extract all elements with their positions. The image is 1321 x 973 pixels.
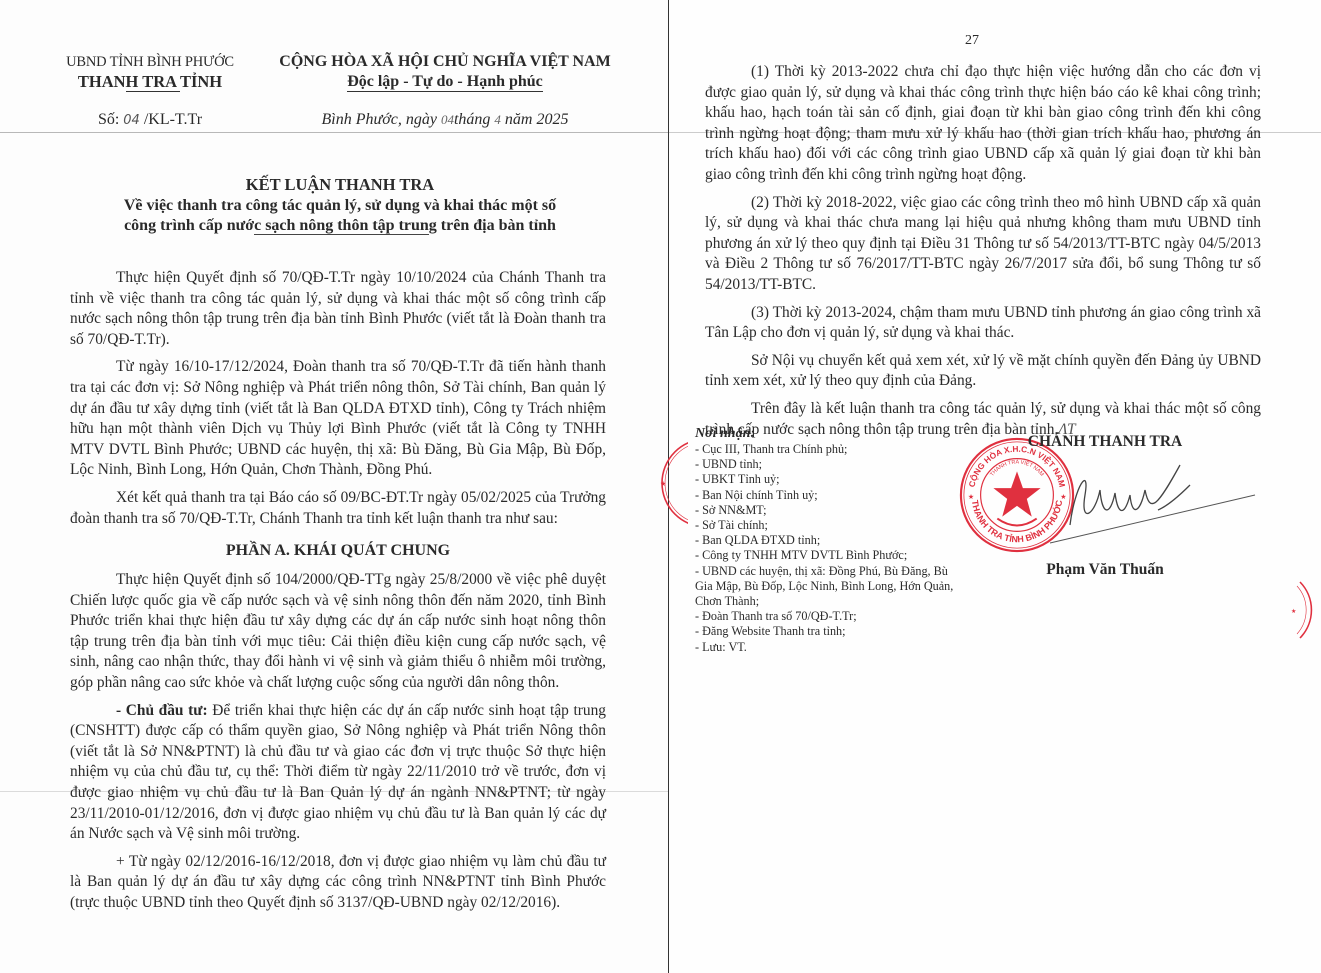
document-number: Số: 04 /KL-T.Tr <box>55 111 245 129</box>
title-main: KẾT LUẬN THANH TRA <box>70 175 610 196</box>
svg-text:★: ★ <box>1291 608 1296 615</box>
recipient-item: - Sở NN&MT; <box>695 503 960 518</box>
findings-paragraphs: (1) Thời kỳ 2013-2022 chưa chỉ đạo thực … <box>705 62 1261 447</box>
section-a-body: Thực hiện Quyết định số 104/2000/QĐ-TTg … <box>70 570 606 921</box>
recipient-item: - Ban Nội chính Tỉnh uỷ; <box>695 488 960 503</box>
recipient-item: - Sở Tài chính; <box>695 518 960 533</box>
recipients-title: Nơi nhận: <box>695 425 960 442</box>
partial-seal-icon: ★ <box>1290 580 1321 640</box>
partial-seal-icon: ★ <box>648 438 688 528</box>
section-a-heading: PHẦN A. KHÁI QUÁT CHUNG <box>70 542 606 560</box>
national-motto: Độc lập - Tự do - Hạnh phúc <box>270 72 620 92</box>
svg-text:★: ★ <box>968 493 974 501</box>
document-title: KẾT LUẬN THANH TRA Về việc thanh tra côn… <box>70 175 610 237</box>
page-number: 27 <box>965 33 979 49</box>
paragraph: Xét kết quả thanh tra tại Báo cáo số 09/… <box>70 488 606 529</box>
title-sub-2: công trình cấp nước sạch nông thôn tập t… <box>70 216 610 237</box>
recipient-item: - Công ty TNHH MTV DVTL Bình Phước; <box>695 548 960 563</box>
paragraph-investor: - Chủ đầu tư: Để triển khai thực hiện cá… <box>70 701 606 845</box>
agency-header: UBND TỈNH BÌNH PHƯỚC THANH TRA TỈNH <box>55 52 245 92</box>
recipient-item: - Lưu: VT. <box>695 640 960 655</box>
paragraph: (2) Thời kỳ 2018-2022, việc giao các côn… <box>705 193 1261 296</box>
paragraph: (3) Thời kỳ 2013-2024, chậm tham mưu UBN… <box>705 303 1261 344</box>
recipient-item: - UBND tỉnh; <box>695 457 960 472</box>
paragraph: (1) Thời kỳ 2013-2022 chưa chỉ đạo thực … <box>705 62 1261 186</box>
document-page-left: UBND TỈNH BÌNH PHƯỚC THANH TRA TỈNH CỘNG… <box>0 0 669 973</box>
recipient-item: - Ban QLDA ĐTXD tỉnh; <box>695 533 960 548</box>
paragraph: Thực hiện Quyết định số 70/QĐ-T.Tr ngày … <box>70 268 606 350</box>
country-name: CỘNG HÒA XÃ HỘI CHỦ NGHĨA VIỆT NAM <box>270 52 620 72</box>
title-sub-1: Về việc thanh tra công tác quản lý, sử d… <box>70 196 610 217</box>
document-date: Bình Phước, ngày 04tháng 4 năm 2025 <box>270 111 620 129</box>
recipient-item: - Cục III, Thanh tra Chính phủ; <box>695 442 960 457</box>
signer-title: CHÁNH THANH TRA <box>1000 433 1210 451</box>
recipient-item: - UBND các huyện, thị xã: Đồng Phú, Bù Đ… <box>695 564 960 610</box>
paragraph: Sở Nội vụ chuyển kết quả xem xét, xử lý … <box>705 351 1261 392</box>
handwritten-signature-icon <box>1040 455 1260 550</box>
intro-paragraphs: Thực hiện Quyết định số 70/QĐ-T.Tr ngày … <box>70 268 606 536</box>
national-header: CỘNG HÒA XÃ HỘI CHỦ NGHĨA VIỆT NAM Độc l… <box>270 52 620 92</box>
recipients-list: Nơi nhận: - Cục III, Thanh tra Chính phủ… <box>695 425 960 655</box>
recipient-item: - Đăng Website Thanh tra tỉnh; <box>695 624 960 639</box>
paragraph: Thực hiện Quyết định số 104/2000/QĐ-TTg … <box>70 570 606 694</box>
paragraph: + Từ ngày 02/12/2016-16/12/2018, đơn vị … <box>70 852 606 914</box>
signer-name: Phạm Văn Thuấn <box>1000 561 1210 579</box>
agency-name: THANH TRA TỈNH <box>55 72 245 92</box>
parent-agency: UBND TỈNH BÌNH PHƯỚC <box>55 52 245 72</box>
svg-text:★: ★ <box>660 480 666 488</box>
recipient-item: - UBKT Tỉnh uỷ; <box>695 472 960 487</box>
scan-artifact-line <box>0 132 668 133</box>
paragraph: Từ ngày 16/10-17/12/2024, Đoàn thanh tra… <box>70 357 606 481</box>
recipient-item: - Đoàn Thanh tra số 70/QĐ-T.Tr; <box>695 609 960 624</box>
